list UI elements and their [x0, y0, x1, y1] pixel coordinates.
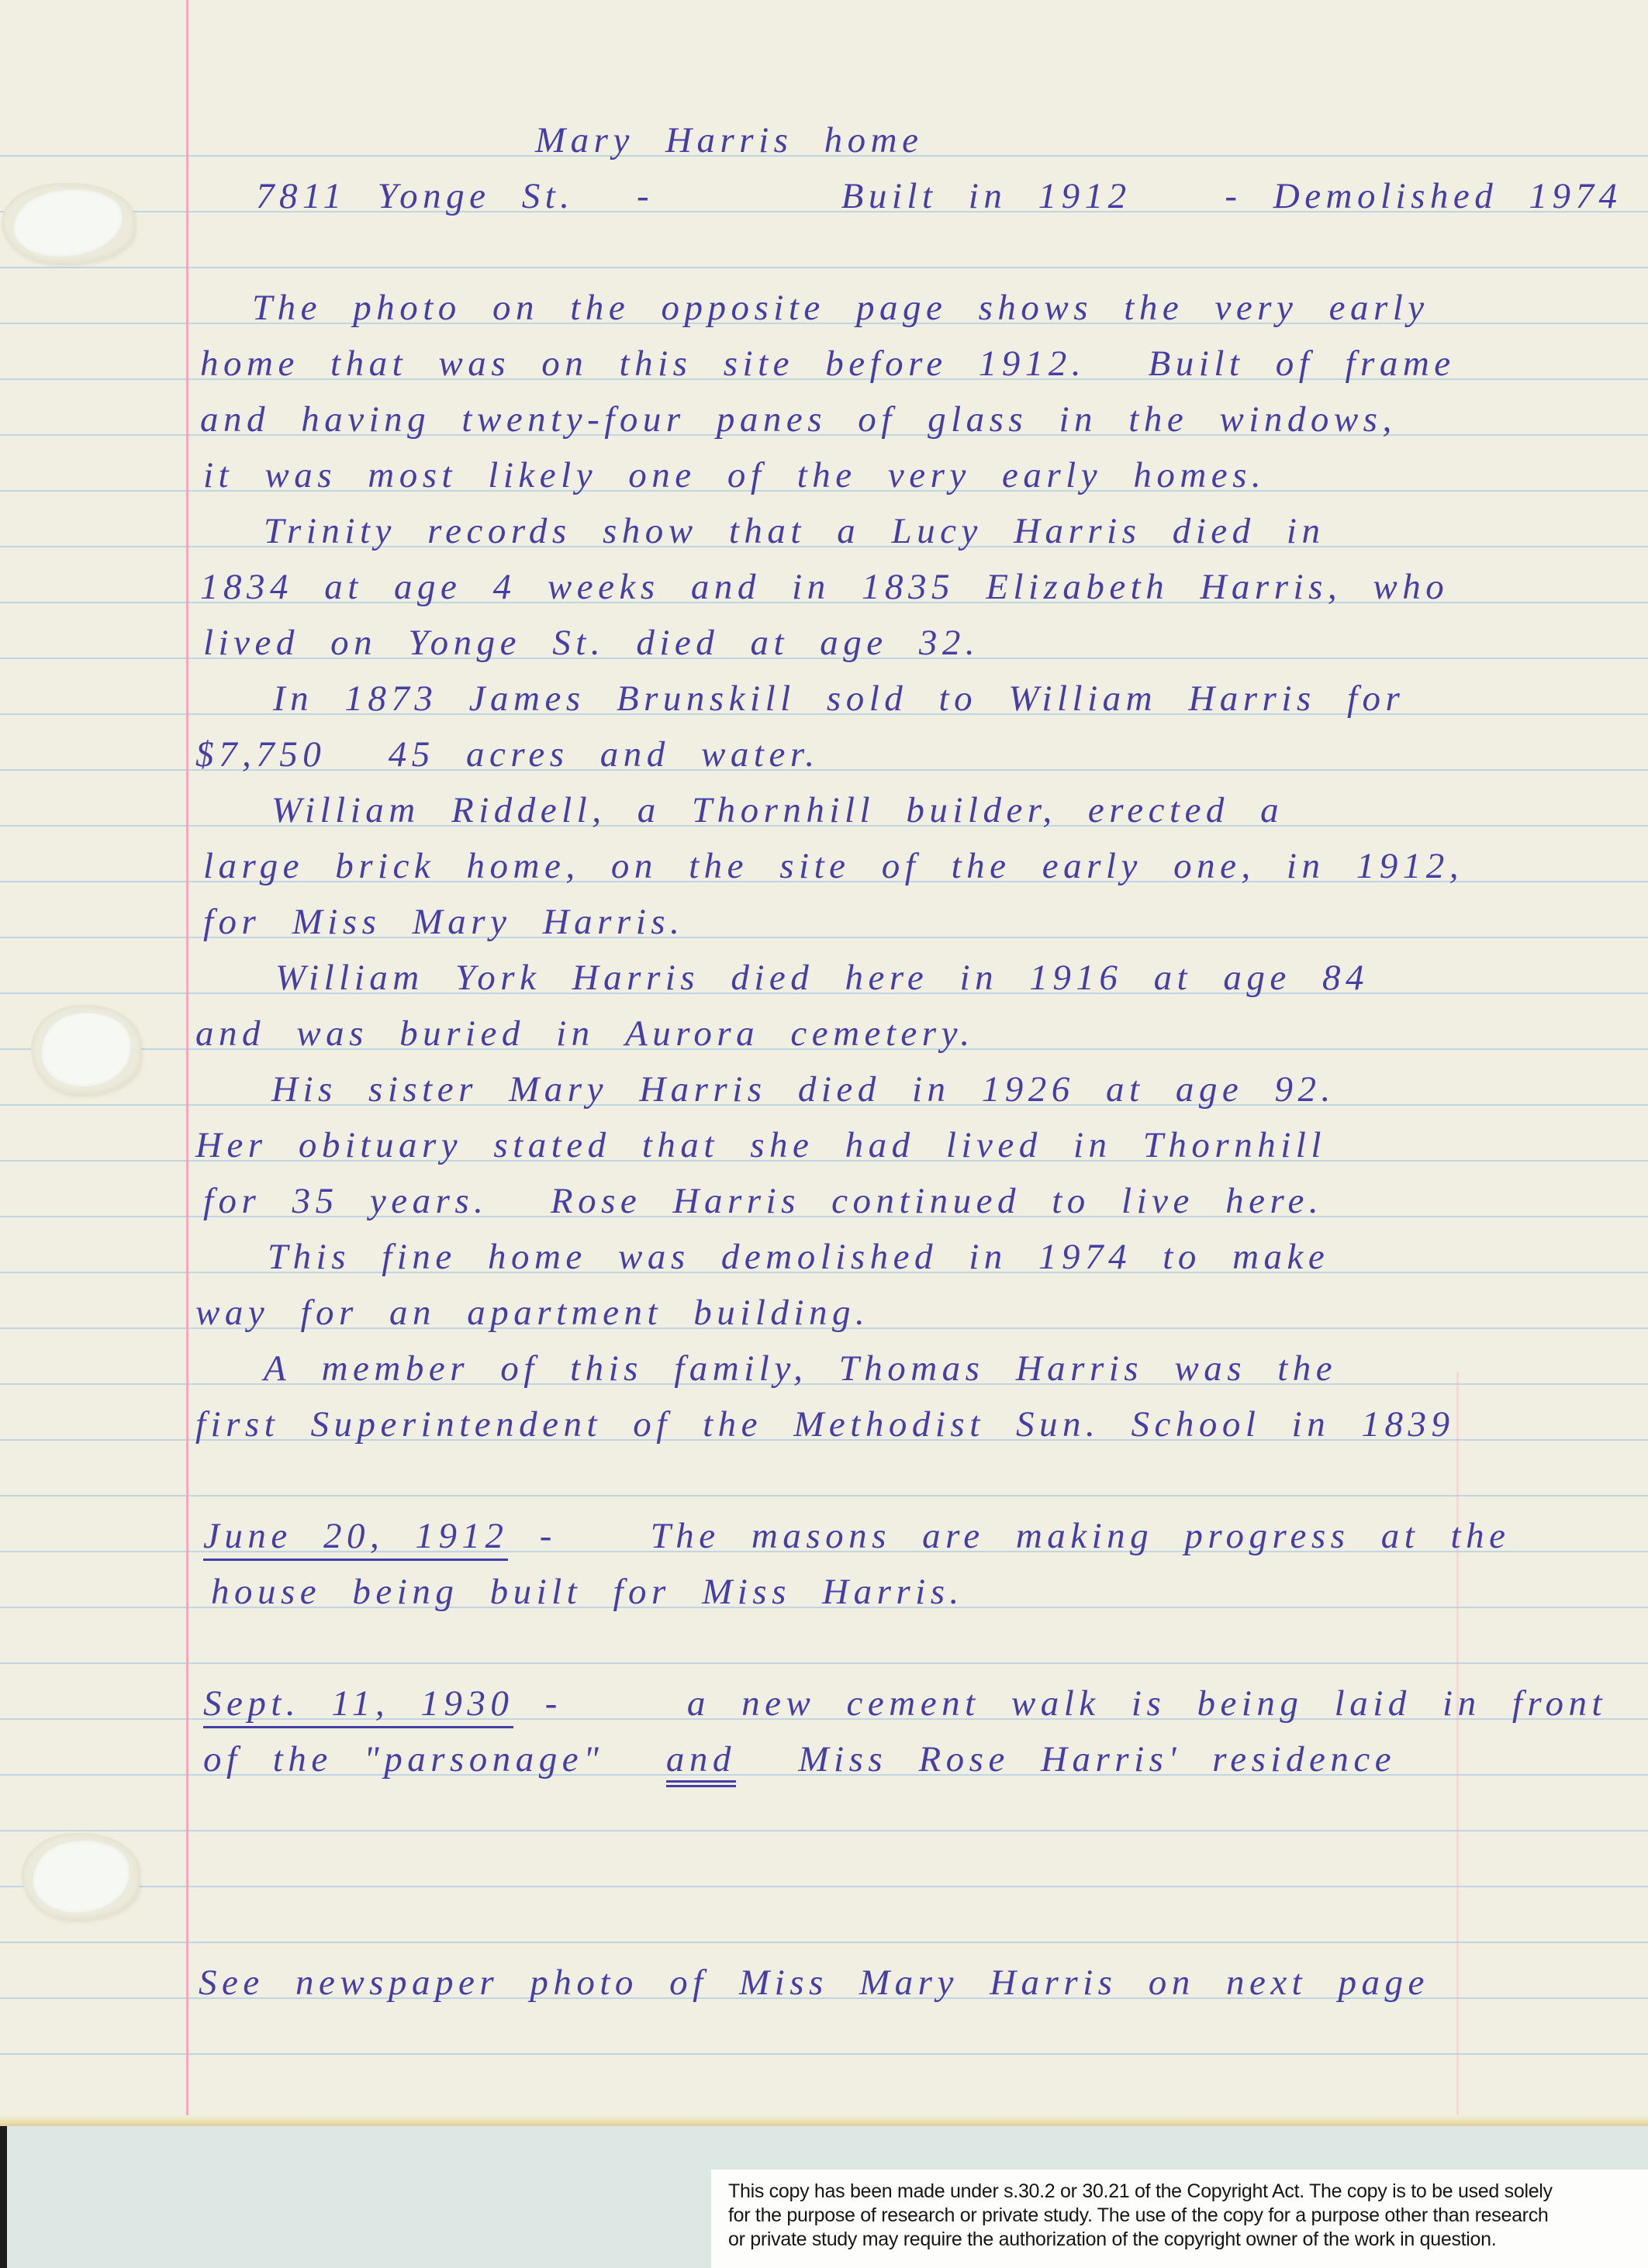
- text-segment: His sister Mary Harris died in 1926 at a…: [271, 1069, 1335, 1110]
- text-segment: This fine home was demolished in 1974 to…: [268, 1237, 1329, 1277]
- handwritten-line: Sept. 11, 1930 - a new cement walk is be…: [203, 1684, 1607, 1724]
- handwritten-line: Trinity records show that a Lucy Harris …: [264, 512, 1325, 552]
- hole-patch: [29, 1835, 133, 1918]
- ruled-line: [0, 1662, 1648, 1664]
- ruled-line: [0, 2053, 1648, 2055]
- ruled-line: [0, 1886, 1648, 1887]
- ruled-line: [0, 1495, 1648, 1496]
- hole-patch: [10, 184, 126, 263]
- text-segment: and was buried in Aurora cemetery.: [195, 1013, 975, 1054]
- text-segment: $7,750 45 acres and water.: [195, 734, 820, 775]
- underlined-text: Sept. 11, 1930: [203, 1683, 513, 1728]
- text-segment: Her obituary stated that she had lived i…: [195, 1125, 1326, 1165]
- underlined-text: and: [666, 1739, 736, 1787]
- handwritten-line: for 35 years. Rose Harris continued to l…: [203, 1182, 1323, 1222]
- handwritten-line: See newspaper photo of Miss Mary Harris …: [199, 1963, 1429, 2004]
- margin-bleed-line: [1456, 1372, 1459, 2125]
- notebook-paper: Mary Harris home7811 Yonge St. - Built i…: [0, 0, 1648, 2126]
- text-segment: way for an apartment building.: [195, 1293, 869, 1333]
- punch-hole-repair: [2, 183, 135, 264]
- handwritten-line: Her obituary stated that she had lived i…: [195, 1126, 1326, 1166]
- handwritten-line: home that was on this site before 1912. …: [200, 344, 1456, 385]
- handwritten-line: June 20, 1912 - The masons are making pr…: [203, 1517, 1510, 1557]
- handwritten-line: $7,750 45 acres and water.: [195, 735, 820, 775]
- ruled-line: [0, 1942, 1648, 1943]
- text-segment: house being built for Miss Harris.: [211, 1572, 964, 1612]
- text-segment: and having twenty-four panes of glass in…: [200, 399, 1397, 440]
- handwritten-line: In 1873 James Brunskill sold to William …: [273, 679, 1404, 720]
- text-segment: The photo on the opposite page shows the…: [252, 288, 1429, 328]
- handwritten-line: and having twenty-four panes of glass in…: [200, 400, 1397, 440]
- text-segment: 1834 at age 4 weeks and in 1835 Elizabet…: [200, 567, 1449, 607]
- text-segment: it was most likely one of the very early…: [203, 455, 1266, 495]
- text-segment: In 1873 James Brunskill sold to William …: [273, 678, 1404, 719]
- ruled-line: [0, 267, 1648, 268]
- stamp-text-line: This copy has been made under s.30.2 or …: [728, 2180, 1648, 2204]
- handwritten-line: and was buried in Aurora cemetery.: [195, 1014, 975, 1055]
- handwritten-line: lived on Yonge St. died at age 32.: [203, 623, 979, 664]
- stamp-text-line: for the purpose of research or private s…: [728, 2204, 1648, 2228]
- handwritten-line: for Miss Mary Harris.: [203, 903, 684, 943]
- handwritten-line: William York Harris died here in 1916 at…: [275, 958, 1369, 999]
- text-segment: William York Harris died here in 1916 at…: [275, 958, 1369, 998]
- handwritten-line: 7811 Yonge St. - Built in 1912 - Demolis…: [256, 177, 1622, 217]
- punch-hole-repair: [31, 1005, 141, 1095]
- handwritten-line: of the "parsonage" and Miss Rose Harris'…: [203, 1740, 1396, 1780]
- hole-patch: [36, 1008, 135, 1093]
- handwritten-line: A member of this family, Thomas Harris w…: [264, 1349, 1337, 1389]
- handwritten-line: first Superintendent of the Methodist Su…: [195, 1405, 1454, 1445]
- stamp-text-line: or private study may require the authori…: [728, 2228, 1648, 2252]
- handwritten-line: This fine home was demolished in 1974 to…: [268, 1238, 1329, 1278]
- text-segment: A member of this family, Thomas Harris w…: [264, 1348, 1337, 1389]
- text-segment: See newspaper photo of Miss Mary Harris …: [199, 1962, 1429, 2003]
- text-segment: large brick home, on the site of the ear…: [203, 846, 1463, 886]
- handwritten-line: house being built for Miss Harris.: [211, 1572, 964, 1613]
- text-segment: of the "parsonage": [203, 1739, 666, 1780]
- text-segment: first Superintendent of the Methodist Su…: [195, 1404, 1454, 1445]
- underlined-text: June 20, 1912: [203, 1516, 508, 1561]
- scanner-edge-shadow: [0, 2126, 7, 2268]
- handwritten-line: it was most likely one of the very early…: [203, 456, 1266, 496]
- text-segment: William Riddell, a Thornhill builder, er…: [271, 790, 1284, 830]
- handwritten-line: William Riddell, a Thornhill builder, er…: [271, 791, 1284, 831]
- text-segment: - The masons are making progress at the: [508, 1516, 1510, 1556]
- text-segment: Trinity records show that a Lucy Harris …: [264, 511, 1325, 551]
- text-segment: Miss Rose Harris' residence: [736, 1739, 1396, 1780]
- copyright-stamp: This copy has been made under s.30.2 or …: [711, 2170, 1648, 2268]
- text-segment: for 35 years. Rose Harris continued to l…: [203, 1181, 1323, 1221]
- handwritten-line: The photo on the opposite page shows the…: [252, 288, 1429, 329]
- text-segment: - a new cement walk is being laid in fro…: [513, 1683, 1607, 1724]
- margin-line: [186, 0, 188, 2126]
- paper-bottom-edge: [0, 2115, 1648, 2126]
- handwritten-line: 1834 at age 4 weeks and in 1835 Elizabet…: [200, 568, 1449, 608]
- punch-hole-repair: [22, 1833, 140, 1920]
- text-segment: for Miss Mary Harris.: [203, 902, 684, 942]
- handwritten-line: Mary Harris home: [535, 121, 923, 161]
- handwritten-line: His sister Mary Harris died in 1926 at a…: [271, 1070, 1335, 1110]
- handwritten-line: way for an apartment building.: [195, 1293, 869, 1334]
- text-segment: 7811 Yonge St. - Built in 1912 - Demolis…: [256, 176, 1622, 216]
- text-segment: lived on Yonge St. died at age 32.: [203, 623, 979, 663]
- text-segment: home that was on this site before 1912. …: [200, 343, 1456, 384]
- scanned-notebook-page: { "colors": { "ink": "#453ea6", "rule": …: [0, 0, 1648, 2268]
- ruled-line: [0, 1830, 1648, 1831]
- text-segment: Mary Harris home: [535, 120, 923, 161]
- handwritten-line: large brick home, on the site of the ear…: [203, 847, 1463, 887]
